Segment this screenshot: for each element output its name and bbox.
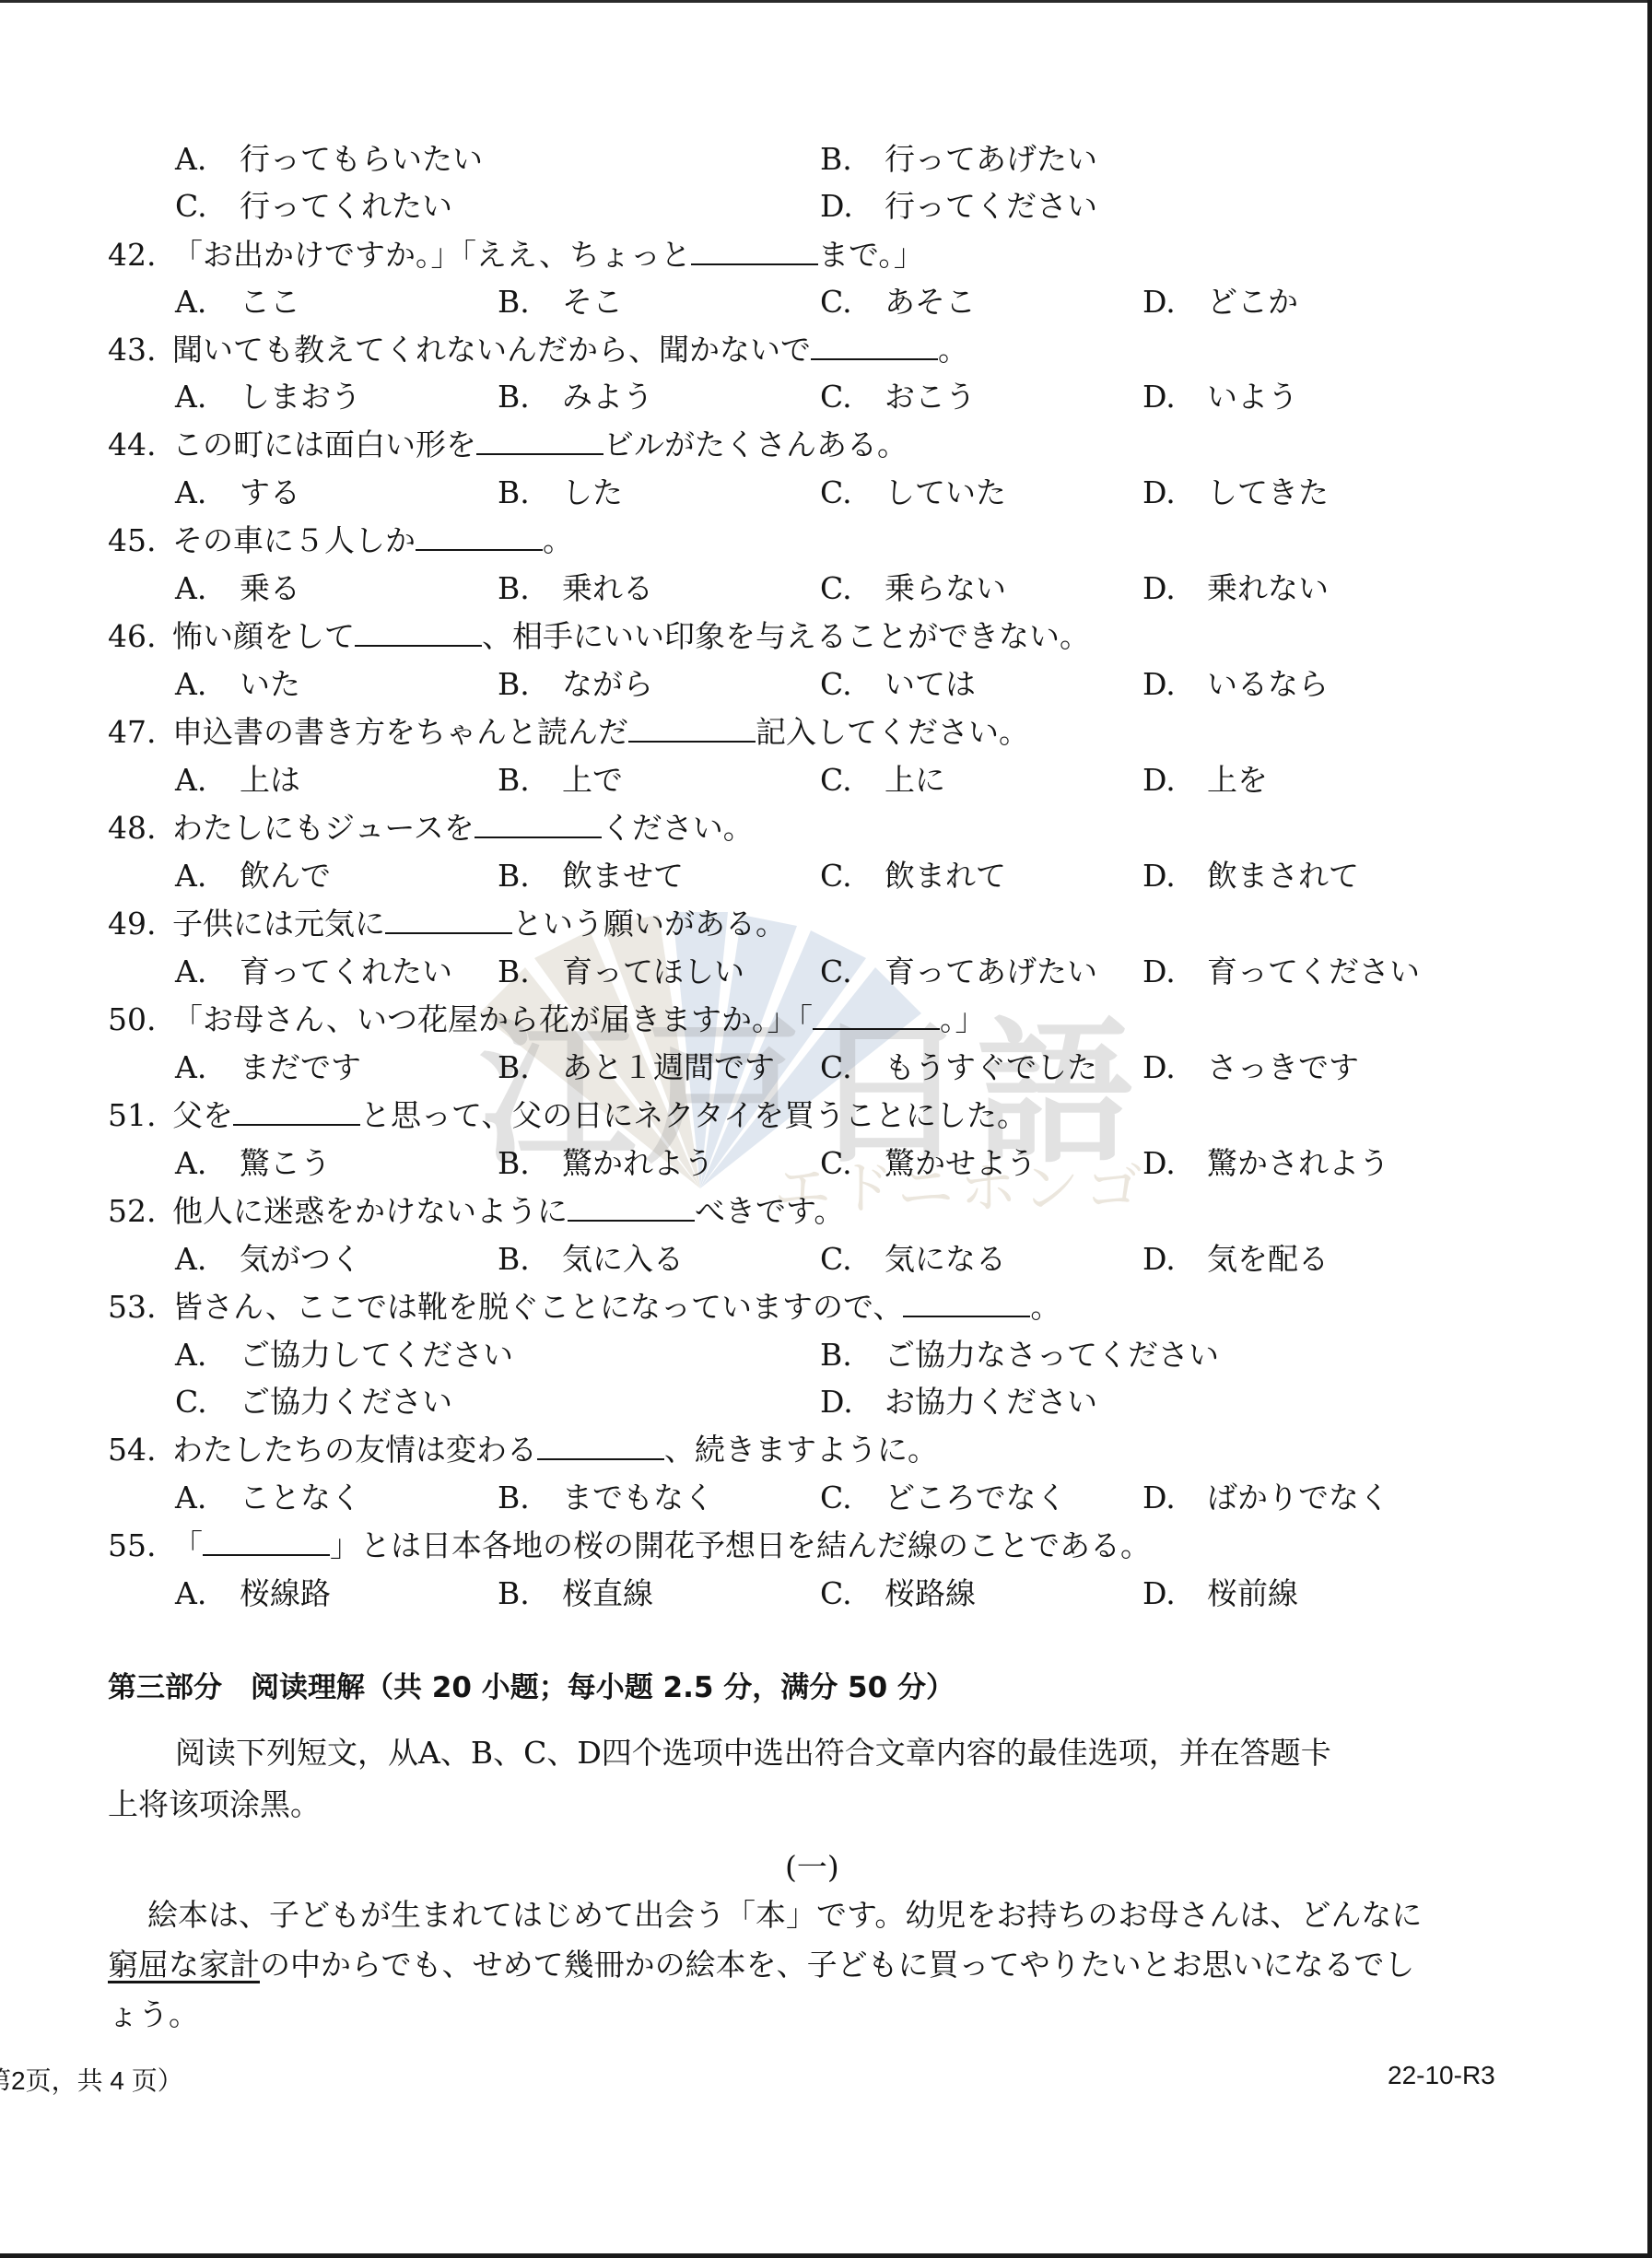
option-d: D.育ってください xyxy=(1142,954,1420,990)
option-c: C.気になる xyxy=(820,1241,1006,1278)
option-d: D.上を xyxy=(1142,762,1268,799)
option-b: B.乗れる xyxy=(498,570,653,607)
answer-blank xyxy=(203,1528,330,1556)
option-b: B.飲ませて xyxy=(498,858,684,895)
section-title: 第三部分 阅读理解（共 20 小题；每小题 2.5 分，满分 50 分） xyxy=(108,1669,955,1706)
option-b: B.した xyxy=(498,474,623,511)
option-c: C.もうすぐでした xyxy=(820,1049,1097,1086)
option-b: B.行ってあげたい xyxy=(820,141,1097,178)
answer-blank xyxy=(903,1290,1030,1317)
option-d: D.いよう xyxy=(1142,379,1298,415)
option-b: B.ご協力なさってください xyxy=(820,1337,1219,1374)
passage-line-3: ょう。 xyxy=(108,1996,199,2033)
option-c: C.ご協力ください xyxy=(175,1384,452,1421)
option-d: D.してきた xyxy=(1142,474,1329,511)
option-d: D.気を配る xyxy=(1142,1241,1329,1278)
option-a: A.しまおう xyxy=(175,379,361,415)
option-c: C.育ってあげたい xyxy=(820,954,1097,990)
answer-blank xyxy=(233,1098,360,1126)
scan-border-right xyxy=(1647,0,1652,2258)
option-d: D.さっきです xyxy=(1142,1049,1359,1086)
option-d: D.驚かされよう xyxy=(1142,1145,1389,1182)
option-a: A.まだです xyxy=(175,1049,361,1086)
answer-blank xyxy=(691,238,818,265)
option-b: B.までもなく xyxy=(498,1480,714,1516)
option-b: B.驚かれよう xyxy=(498,1145,714,1182)
option-d: D.乗れない xyxy=(1142,570,1329,607)
scan-border-bottom xyxy=(0,2253,1652,2258)
option-c: C.桜路線 xyxy=(820,1575,976,1612)
exam-code: 22-10-R3 xyxy=(1388,2061,1495,2090)
answer-blank xyxy=(416,523,543,551)
option-c: C.飲まれて xyxy=(820,858,1006,895)
option-d: D.飲まされて xyxy=(1142,858,1359,895)
option-c: C.していた xyxy=(820,474,1006,511)
option-d: D.ばかりでなく xyxy=(1142,1480,1389,1516)
answer-blank xyxy=(475,811,602,838)
option-b: B.育ってほしい xyxy=(498,954,744,990)
option-c: C.あそこ xyxy=(820,284,976,321)
underlined-phrase: 窮屈な家計 xyxy=(108,1947,260,1983)
option-c: C.行ってくれたい xyxy=(175,188,452,225)
option-c: C.おこう xyxy=(820,379,976,415)
passage-line-2: 窮屈な家計の中からでも、せめて幾冊かの絵本を、子どもに買ってやりたいとお思いにな… xyxy=(108,1947,1414,1983)
answer-blank xyxy=(628,715,756,743)
option-a: A.ご協力してください xyxy=(175,1337,513,1374)
option-a: A.上は xyxy=(175,762,300,799)
passage-line-1: 絵本は、子どもが生まれてはじめて出会う「本」です。幼児をお持ちのお母さんは、どん… xyxy=(147,1897,1422,1934)
option-b: B.気に入る xyxy=(498,1241,684,1278)
option-c: C.乗らない xyxy=(820,570,1006,607)
option-a: A.する xyxy=(175,474,300,511)
option-a: A.ことなく xyxy=(175,1480,361,1516)
option-a: A.桜線路 xyxy=(175,1575,331,1612)
instruction-line-1: 阅读下列短文，从A、B、C、D四个选项中选出符合文章内容的最佳选项，并在答题卡 xyxy=(175,1735,1331,1772)
option-c: C.どころでなく xyxy=(820,1480,1067,1516)
option-a: A.乗る xyxy=(175,570,300,607)
option-d: D.行ってください xyxy=(820,188,1097,225)
option-d: D.桜前線 xyxy=(1142,1575,1298,1612)
option-a: A.飲んで xyxy=(175,858,331,895)
option-b: B.ながら xyxy=(498,666,653,703)
answer-blank xyxy=(813,1002,940,1030)
option-b: B.あと１週間です xyxy=(498,1049,775,1086)
option-a: A.気がつく xyxy=(175,1241,361,1278)
answer-blank xyxy=(476,427,603,455)
option-d: D.どこか xyxy=(1142,284,1298,321)
option-c: C.驚かせよう xyxy=(820,1145,1037,1182)
answer-blank xyxy=(568,1194,695,1222)
answer-blank xyxy=(355,619,482,647)
answer-blank xyxy=(537,1433,664,1460)
option-c: C.いては xyxy=(820,666,976,703)
page-info: 第2页，共 4 页） xyxy=(0,2061,183,2098)
option-b: B.桜直線 xyxy=(498,1575,653,1612)
option-a: A.驚こう xyxy=(175,1145,331,1182)
option-c: C.上に xyxy=(820,762,945,799)
option-b: B.上で xyxy=(498,762,623,799)
passage-heading: (一) xyxy=(785,1849,839,1886)
option-a: A.行ってもらいたい xyxy=(175,141,483,178)
option-d: D.お協力ください xyxy=(820,1384,1097,1421)
scan-border-top xyxy=(0,0,1652,3)
answer-blank xyxy=(385,907,512,934)
option-a: A.育ってくれたい xyxy=(175,954,452,990)
option-d: D.いるなら xyxy=(1142,666,1329,703)
option-b: B.そこ xyxy=(498,284,623,321)
option-b: B.みよう xyxy=(498,379,653,415)
option-a: A.ここ xyxy=(175,284,300,321)
answer-blank xyxy=(811,333,938,360)
option-a: A.いた xyxy=(175,666,300,703)
instruction-line-2: 上将该项涂黑。 xyxy=(108,1786,321,1823)
